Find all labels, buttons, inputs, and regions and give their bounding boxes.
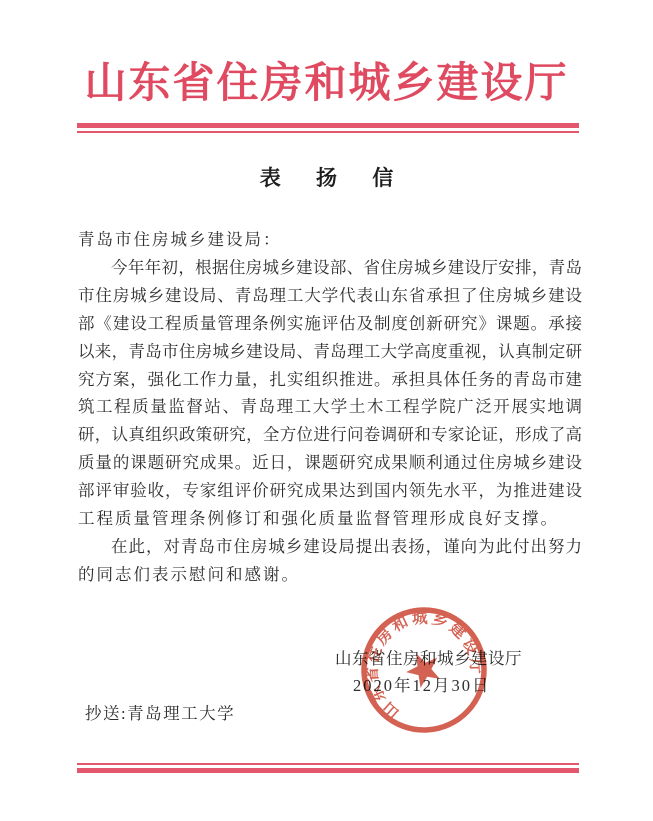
rule-thick-line bbox=[77, 123, 579, 128]
body-line: 以来，青岛市住房城乡建设局、青岛理工大学高度重视，认真制定研 bbox=[78, 338, 582, 366]
body-line: 究方案，强化工作力量，扎实组织推进。承担具体任务的青岛市建 bbox=[78, 366, 582, 394]
seal-ring bbox=[344, 590, 503, 749]
signature-date: 2020年12月30日 bbox=[353, 672, 491, 696]
rule-thin-line bbox=[77, 763, 579, 765]
body-line: 今年年初，根据住房城乡建设部、省住房城乡建设厅安排，青岛 bbox=[78, 254, 582, 282]
body-line: 质量的课题研究成果。近日，课题研究成果顺利通过住房城乡建设 bbox=[78, 449, 582, 477]
letterhead-title: 山东省住房和城乡建设厅 bbox=[0, 50, 653, 110]
body-line: 部评审验收，专家组评价研究成果达到国内领先水平，为推进建设 bbox=[78, 477, 582, 505]
document-title: 表 扬 信 bbox=[0, 162, 653, 192]
body-line: 市住房城乡建设局、青岛理工大学代表山东省承担了住房城乡建设 bbox=[78, 282, 582, 310]
body-line: 部《建设工程质量管理条例实施评估及制度创新研究》课题。承接 bbox=[78, 310, 582, 338]
commendation-letter-page: 山东省住房和城乡建设厅 表 扬 信 青岛市住房城乡建设局： 今年年初，根据住房城… bbox=[0, 0, 653, 821]
body-line: 筑工程质量监督站、青岛理工大学土木工程学院广泛开展实地调 bbox=[78, 393, 582, 421]
signature-name: 山东省住房和城乡建设厅 bbox=[335, 645, 522, 669]
body-line: 工程质量管理条例修订和强化质量监督管理形成良好支撑。 bbox=[78, 505, 582, 533]
body-line: 的同志们表示慰问和感谢。 bbox=[78, 561, 582, 589]
official-seal: 山东省住房和城乡建设厅 bbox=[311, 557, 537, 783]
body-line: 研，认真组织政策研究，全方位进行问卷调研和专家论证，形成了高 bbox=[78, 421, 582, 449]
rule-thick-line bbox=[77, 768, 579, 773]
letterhead-double-rule bbox=[77, 123, 579, 133]
letter-body: 青岛市住房城乡建设局： 今年年初，根据住房城乡建设部、省住房城乡建设厅安排，青岛… bbox=[78, 226, 582, 589]
salutation: 青岛市住房城乡建设局： bbox=[78, 226, 582, 254]
rule-thin-line bbox=[77, 131, 579, 133]
cc-line: 抄送:青岛理工大学 bbox=[85, 700, 235, 724]
footer-double-rule bbox=[77, 763, 579, 773]
body-line: 在此，对青岛市住房城乡建设局提出表扬，谨向为此付出努力 bbox=[78, 533, 582, 561]
